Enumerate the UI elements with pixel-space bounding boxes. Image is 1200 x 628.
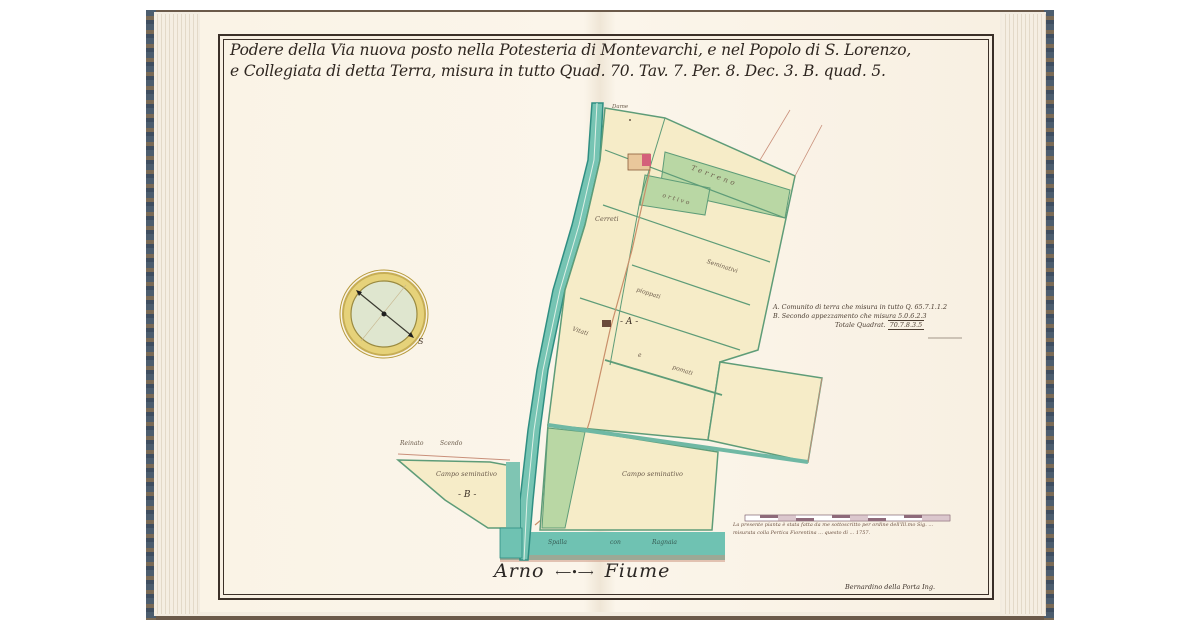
river-flow-arrow-icon: ⟵•⟶ bbox=[556, 566, 594, 579]
label-cerreti: Cerreti bbox=[595, 215, 619, 223]
river-name-label: Arno ⟵•⟶ Fiume bbox=[494, 560, 670, 582]
river-name-arno: Arno bbox=[494, 560, 544, 582]
label-scendo: Scendo bbox=[440, 440, 462, 447]
parcel-b-label: - B - bbox=[458, 490, 476, 500]
map-drawing bbox=[0, 0, 1200, 628]
label-e: e bbox=[638, 352, 642, 359]
surveyor-note: La presente pianta è stata fatta da me s… bbox=[733, 521, 953, 537]
compass-letter: S bbox=[418, 337, 423, 346]
area-legend: A. Comunito di terra che misura in tutto… bbox=[773, 303, 947, 330]
compass-rose bbox=[340, 270, 428, 358]
legend-row-a: A. Comunito di terra che misura in tutto… bbox=[773, 303, 947, 312]
parcel-a-label: - A - bbox=[620, 317, 638, 327]
label-campo-seminativo-b: Campo seminativo bbox=[436, 470, 497, 478]
label-reinato: Reinato bbox=[400, 440, 423, 447]
pasture-strip bbox=[500, 528, 522, 558]
label-dame: Dame bbox=[612, 104, 628, 110]
river-bank-spalla: Spalla bbox=[548, 539, 567, 546]
river-name-fiume: Fiume bbox=[605, 560, 671, 582]
river-bank-ragnaia: Ragnaia bbox=[652, 539, 677, 546]
river-bank-con: con bbox=[610, 539, 621, 546]
surveyor-signature: Bernardino della Porta Ing. bbox=[845, 583, 935, 591]
label-campo-seminativo-a: Campo seminativo bbox=[622, 470, 683, 478]
legend-total: Totale Quadrat. 70.7.8.3.5 bbox=[835, 321, 947, 330]
river-arno bbox=[500, 532, 725, 562]
